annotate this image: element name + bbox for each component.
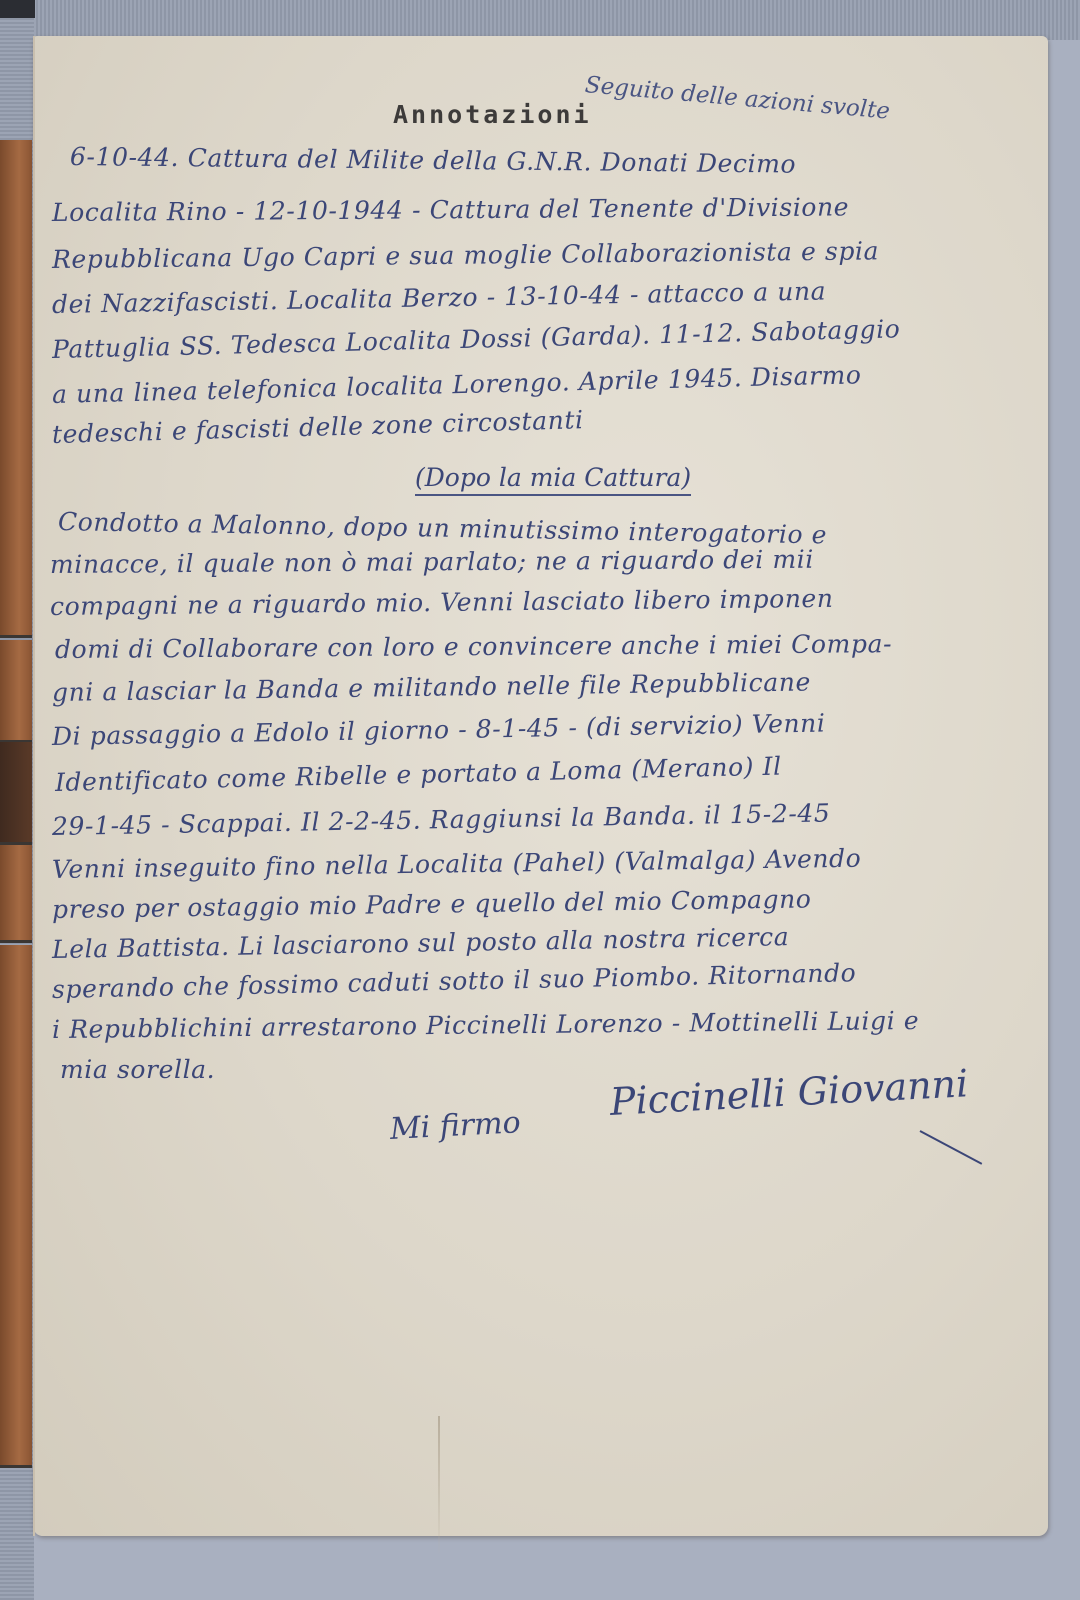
binder-tab (0, 845, 32, 943)
narrative-line: minacce, il quale non ò mai parlato; ne … (50, 545, 814, 579)
binder-tab (0, 140, 32, 218)
narrative-line: mia sorella. (60, 1055, 215, 1084)
scan-background-fabric-top (0, 0, 1080, 40)
binder-tab (0, 215, 32, 368)
signature-prefix: Mi firmo (389, 1105, 521, 1147)
binder-tab (0, 945, 32, 1468)
scan-background-dark-corner (0, 0, 35, 18)
page-title: Annotazioni (393, 100, 592, 129)
binder-tab (0, 742, 32, 845)
binder-tab (0, 545, 32, 638)
page-edge (33, 36, 35, 1536)
binder-tab (0, 365, 32, 548)
entry-line: Localita Rino - 12-10-1944 - Cattura del… (52, 192, 849, 227)
binder-tab (0, 640, 32, 743)
page-crease (438, 1416, 440, 1556)
section-heading: (Dopo la mia Cattura) (415, 463, 691, 492)
section-heading-text: (Dopo la mia Cattura) (415, 463, 691, 496)
narrative-line: domi di Collaborare con loro e convincer… (55, 629, 892, 664)
